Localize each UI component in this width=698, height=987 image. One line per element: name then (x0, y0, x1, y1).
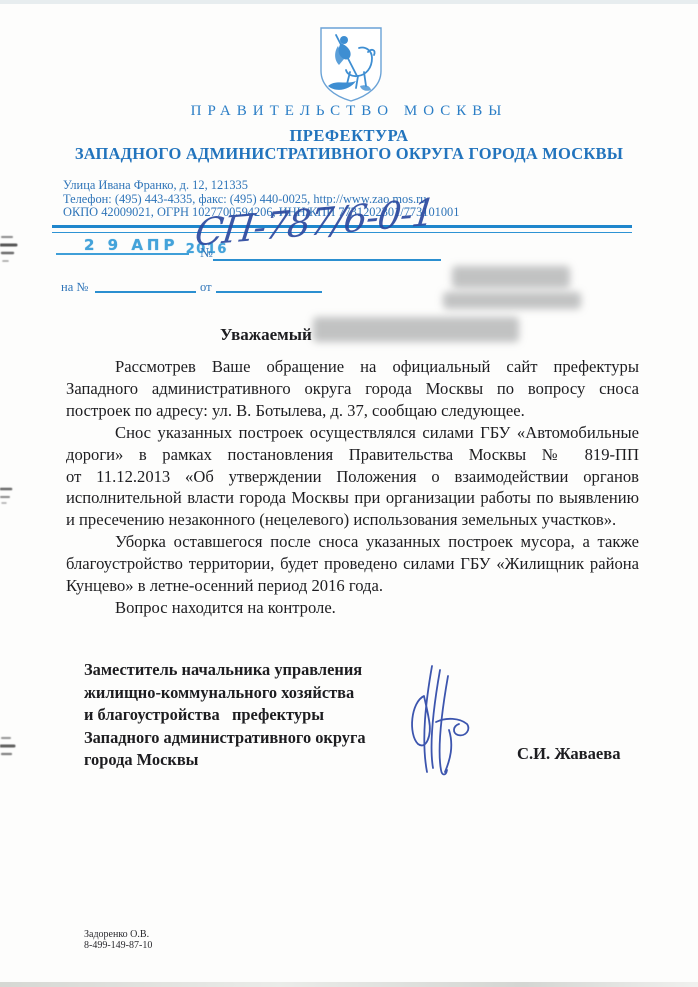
body-text-line: Вопрос находится на контроле. (66, 597, 639, 619)
body-text-line: благоустройство территории, будет провед… (66, 553, 639, 575)
letter-body: Рассмотрев Ваше обращение на официальный… (66, 356, 639, 619)
address-line: Улица Ивана Франко, д. 12, 121335 (63, 179, 459, 193)
signer-position-line: и благоустройства префектуры (84, 704, 424, 727)
signer-position-block: Заместитель начальника управленияжилищно… (84, 659, 424, 772)
body-text-line: Рассмотрев Ваше обращение на официальный… (66, 356, 639, 378)
prefecture-title: ПРЕФЕКТУРА (0, 126, 698, 146)
salutation-greeting: Уважаемый (220, 325, 312, 345)
redacted-recipient-line-1 (452, 266, 570, 288)
date-stamp-day-month: 2 9 АПР (84, 236, 178, 254)
district-title: ЗАПАДНОГО АДМИНИСТРАТИВНОГО ОКРУГА ГОРОД… (0, 144, 698, 164)
in-reply-to-underline (95, 291, 196, 293)
signer-position-line: жилищно-коммунального хозяйства (84, 682, 424, 705)
body-text-line: построек по адресу: ул. В. Ботылева, д. … (66, 400, 639, 422)
handwritten-signature (402, 658, 476, 782)
executor-block: Задоренко О.В. 8-499-149-87-10 (84, 929, 152, 951)
body-text-line: Снос указанных построек осуществлялся си… (66, 422, 639, 444)
body-text-line: от 11.12.2013 «Об утверждении Положения … (66, 466, 639, 488)
scan-edge-bottom (0, 982, 698, 987)
date-stamp-underline (56, 253, 189, 255)
signer-position-line: города Москвы (84, 749, 424, 772)
signer-position-line: Западного административного округа (84, 727, 424, 750)
body-text-line: дороги» в рамках постановления Правитель… (66, 444, 639, 466)
signer-name: С.И. Жаваева (517, 744, 621, 764)
scanned-letter-page: ПРАВИТЕЛЬСТВО МОСКВЫ ПРЕФЕКТУРА ЗАПАДНОГ… (0, 0, 698, 987)
body-text-line: и пресечению незаконного (нецелевого) ис… (66, 509, 639, 531)
scan-smudge-1 (0, 232, 22, 270)
executor-name: Задоренко О.В. (84, 929, 152, 940)
redacted-recipient-line-2 (443, 292, 581, 309)
redacted-recipient-name (313, 317, 519, 342)
scan-smudge-3 (0, 732, 18, 766)
from-date-label: от (200, 280, 212, 295)
signer-position-line: Заместитель начальника управления (84, 659, 424, 682)
number-underline (213, 259, 441, 261)
scan-smudge-2 (0, 481, 16, 509)
body-text-line: Кунцево» в летне-осенний период 2016 год… (66, 575, 639, 597)
scan-edge-top (0, 0, 698, 4)
body-text-line: Уборка оставшегося после сноса указанных… (66, 531, 639, 553)
in-reply-to-label: на № (61, 280, 88, 295)
moscow-coat-of-arms-icon (316, 26, 386, 104)
body-text-line: исполнительной власти города Москвы при … (66, 487, 639, 509)
from-date-underline (216, 291, 322, 293)
body-text-line: Западного административного округа город… (66, 378, 639, 400)
government-of-moscow-title: ПРАВИТЕЛЬСТВО МОСКВЫ (0, 103, 698, 120)
executor-phone: 8-499-149-87-10 (84, 940, 152, 951)
